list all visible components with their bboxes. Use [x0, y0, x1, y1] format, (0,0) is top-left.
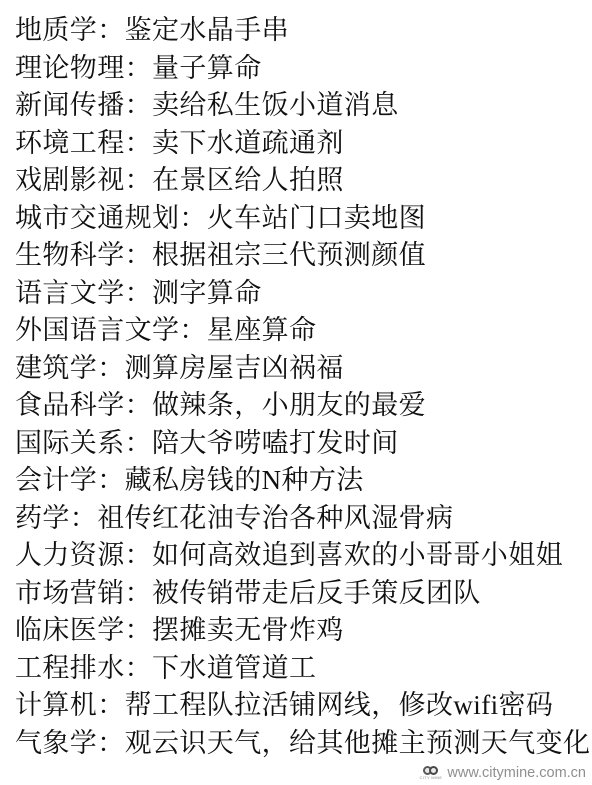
citymine-logo-icon: CITY MINE [420, 766, 443, 780]
logo-caption: CITY MINE [420, 776, 443, 780]
list-item: 人力资源：如何高效追到喜欢的小哥哥小姐姐 [15, 537, 592, 575]
list-item: 气象学：观云识天气，给其他摊主预测天气变化 [15, 725, 592, 763]
list-item: 语言文学：测字算命 [15, 275, 592, 313]
list-item: 国际关系：陪大爷唠嗑打发时间 [15, 425, 592, 463]
list-item: 临床医学：摆摊卖无骨炸鸡 [15, 612, 592, 650]
list-item: 城市交通规划：火车站门口卖地图 [15, 200, 592, 238]
list-item: 外国语言文学：星座算命 [15, 312, 592, 350]
list-item: 会计学：藏私房钱的N种方法 [15, 462, 592, 500]
watermark: CITY MINE www.citymine.com.cn [420, 765, 586, 781]
list-item: 环境工程：卖下水道疏通剂 [15, 125, 592, 163]
list-item: 食品科学：做辣条，小朋友的最爱 [15, 387, 592, 425]
list-item: 建筑学：测算房屋吉凶祸福 [15, 350, 592, 388]
list-item: 药学：祖传红花油专治各种风湿骨病 [15, 500, 592, 538]
list-item: 计算机：帮工程队拉活铺网线，修改wifi密码 [15, 687, 592, 725]
watermark-url: www.citymine.com.cn [447, 765, 586, 781]
list-item: 理论物理：量子算命 [15, 50, 592, 88]
logo-rings-icon [423, 766, 438, 775]
list-item: 戏剧影视：在景区给人拍照 [15, 162, 592, 200]
list-item: 生物科学：根据祖宗三代预测颜值 [15, 237, 592, 275]
list-item: 地质学：鉴定水晶手串 [15, 12, 592, 50]
list-item: 市场营销：被传销带走后反手策反团队 [15, 575, 592, 613]
list-item: 新闻传播：卖给私生饭小道消息 [15, 87, 592, 125]
logo-ring-right [429, 766, 438, 775]
majors-list: 地质学：鉴定水晶手串 理论物理：量子算命 新闻传播：卖给私生饭小道消息 环境工程… [0, 0, 592, 762]
list-item: 工程排水：下水道管道工 [15, 650, 592, 688]
